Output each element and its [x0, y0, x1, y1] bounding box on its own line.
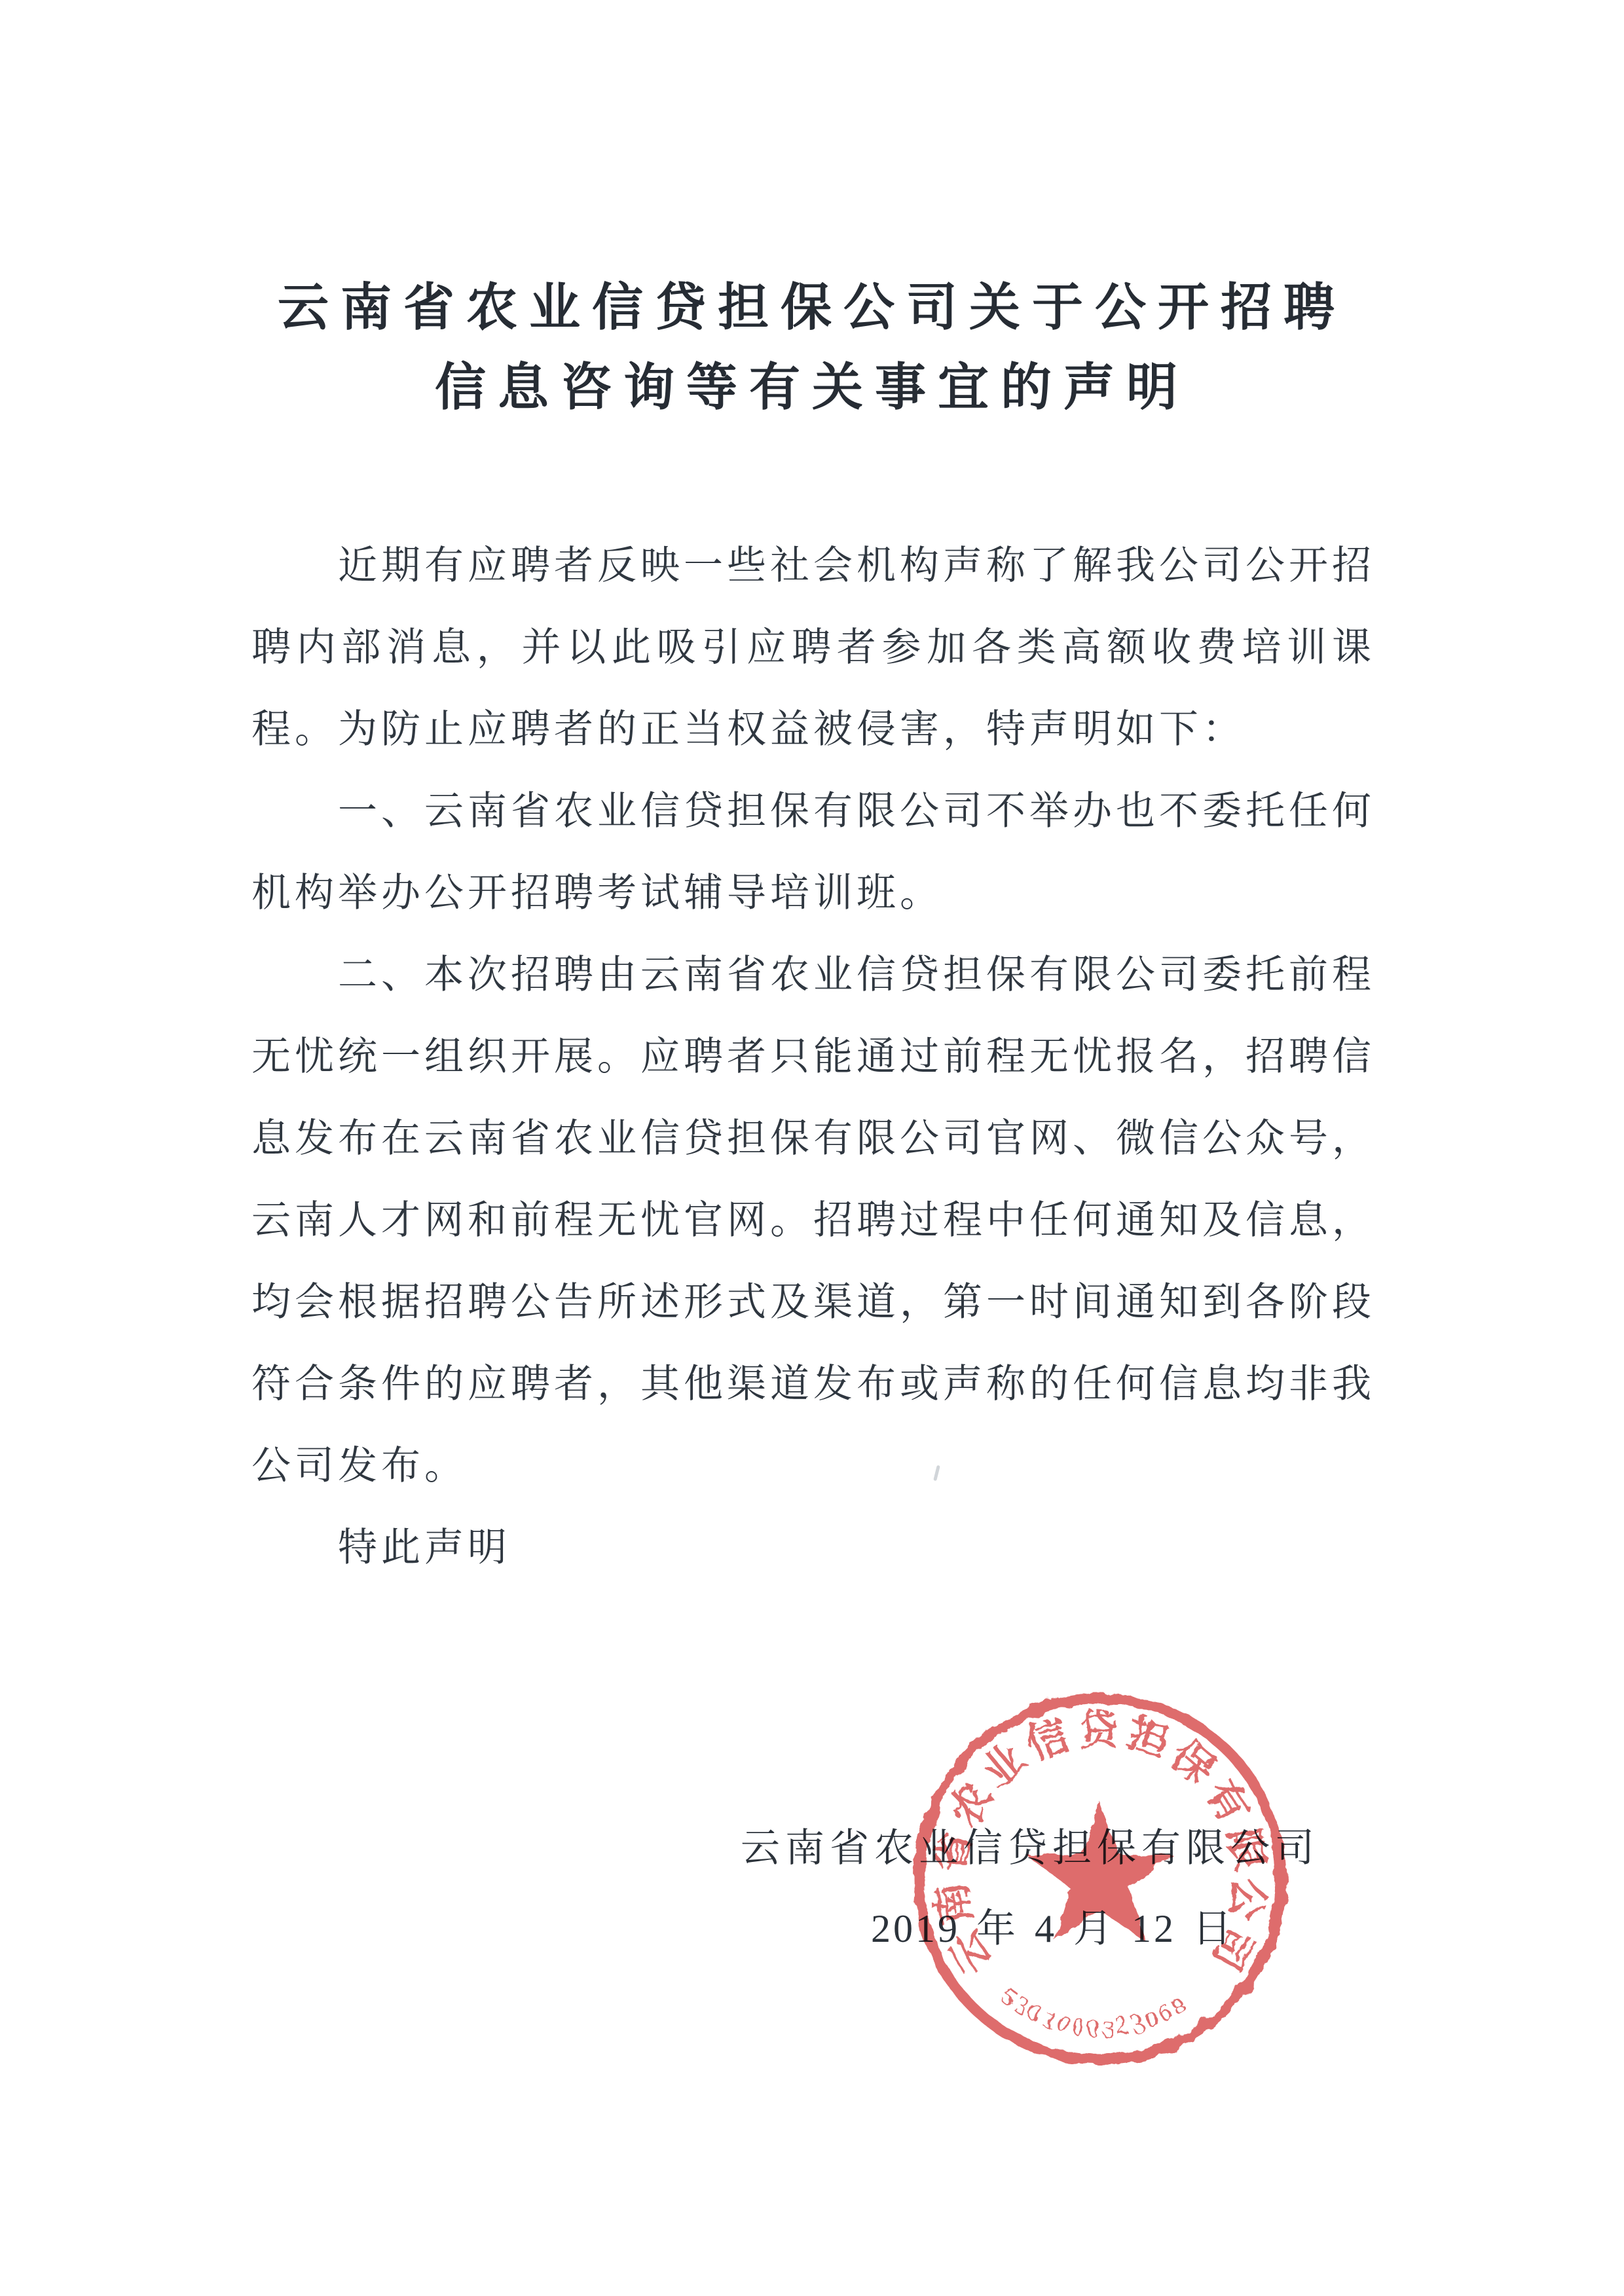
document-title: 云南省农业信贷担保公司关于公开招聘 信息咨询等有关事宜的声明	[0, 0, 1624, 427]
closing-statement: 特此声明	[251, 1507, 1375, 1589]
statement-item-2: 二、本次招聘由云南省农业信贷担保有限公司委托前程无忧统一组织开展。应聘者只能通过…	[251, 934, 1375, 1507]
document-page: 云南省农业信贷担保公司关于公开招聘 信息咨询等有关事宜的声明 近期有应聘者反映一…	[0, 0, 1624, 2296]
seal-serial-number: 5301000323068	[997, 1983, 1194, 2042]
company-seal: 云南省农业信贷担保有限公司 5301000323068	[891, 1669, 1310, 2088]
intro-paragraph: 近期有应聘者反映一些社会机构声称了解我公司公开招聘内部消息，并以此吸引应聘者参加…	[251, 525, 1375, 771]
star-icon	[1027, 1802, 1173, 1941]
title-line-2: 信息咨询等有关事宜的声明	[0, 347, 1624, 427]
svg-text:5301000323068: 5301000323068	[997, 1983, 1194, 2042]
statement-item-1: 一、云南省农业信贷担保有限公司不举办也不委托任何机构举办公开招聘考试辅导培训班。	[251, 771, 1375, 934]
title-line-1: 云南省农业信贷担保公司关于公开招聘	[0, 267, 1624, 347]
document-body: 近期有应聘者反映一些社会机构声称了解我公司公开招聘内部消息，并以此吸引应聘者参加…	[251, 525, 1375, 1589]
